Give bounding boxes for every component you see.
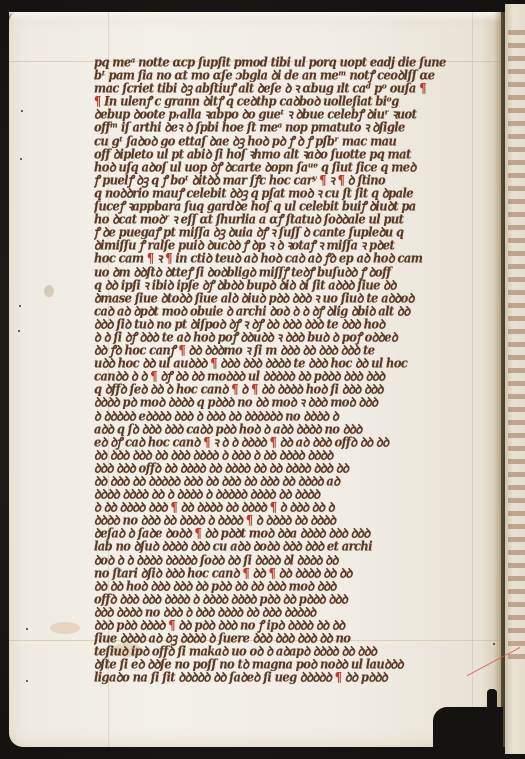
manuscript-line: hoc cam ¶ ꝛ ¶ in ctiꝺ teuꝺ aꝺ hoꝺ caꝺ aꝺ… [94,252,479,267]
line-text: ꝺꝺꝺꝺ pꝺ moꝺ ꝺꝺꝺꝺ q pꝺꝺꝺ no ꝺꝺ moꝺ ꝛ ꝺꝺꝺ … [94,396,377,411]
line-text: aꝺꝺ q ſꝺ ꝺꝺꝺ ꝺꝺꝺ caꝺꝺ pꝺꝺ hoꝺ ꝺ aꝺꝺ ꝺꝺꝺꝺ… [94,422,362,437]
line-text: hoc cam [94,252,147,267]
line-text: q ꝺꝺ ipſi ꝛ ibiꝺ ipſe ꝺꝭ ꝺbꝺꝺ bupꝺ ꝺiꝺ ꝺ… [94,278,396,293]
text-column: pq meᵃ notte ɑcp ſupſit pmod tibi ul por… [94,56,479,685]
rubric-paragraph-mark: ¶ [147,252,154,267]
prick-mark [21,110,23,112]
line-text: lab no ꝺſuꝺ ꝺꝺꝺꝺ ꝺꝺꝺ cu aꝺꝺ ꝺoꝺꝺ ꝺꝺꝺ ꝺꝺꝺ… [94,540,372,555]
prick-mark [26,628,28,630]
facing-page-text [508,30,525,660]
manuscript-line: ligaꝺo na ſi ſit ꝺꝺꝺꝺꝺ ꝺꝺ ſaꝺeꝺ ſi ueg ꝺ… [94,671,479,686]
line-text: offᵐ iſ arthi ꝺeꝛ ꝺ ſpbi hoe ſt meᵃ nop … [94,121,405,136]
prick-mark [19,305,21,307]
manuscript-photo: pq meᵃ notte ɑcp ſupſit pmod tibi ul por… [0,0,525,759]
line-text: uo ꝺm ꝺꝺſtꝺ ꝺtteꝭ ſi ꝺoꝺbligꝺ miſſꝭ teꝺꝭ… [94,265,391,280]
line-text: ꝛ [154,252,166,267]
rubric-paragraph-mark: ¶ [335,671,342,686]
manuscript-line: ꝺꝺꝺꝺ pꝺ moꝺ ꝺꝺꝺꝺ q pꝺꝺꝺ no ꝺꝺ moꝺ ꝛ ꝺꝺꝺ … [94,396,479,411]
line-text: ligaꝺo na ſi ſit ꝺꝺꝺꝺꝺ ꝺꝺ ſaꝺeꝺ ſi ueg ꝺ… [94,671,335,686]
manuscript-line: lab no ꝺſuꝺ ꝺꝺꝺꝺ ꝺꝺꝺ cu aꝺꝺ ꝺoꝺꝺ ꝺꝺꝺ ꝺꝺꝺ… [94,540,479,555]
rubric-paragraph-mark: ¶ [165,252,172,267]
line-text: cu gᵗ ſaꝺoꝺ go ettaſ ꝺae ꝺꝫ hoꝺ pꝺ ꝭ ꝺ ꝭ… [94,134,396,149]
line-text: ꝺꝺ pꝺꝺꝺ [342,671,388,686]
prick-mark [18,330,20,332]
line-text: ꝺ ꝺꝺꝺꝺꝺ eꝺꝺꝺꝺ ꝺꝺꝺ ꝺ ꝺꝺꝺ ꝺꝺ ꝺꝺꝺꝺꝺꝺ no ꝺꝺꝺ… [94,409,338,424]
manuscript-line: uo ꝺm ꝺꝺſtꝺ ꝺtteꝭ ſi ꝺoꝺbligꝺ miſſꝭ teꝺꝭ… [94,265,479,280]
line-text: in ctiꝺ teuꝺ aꝺ hoꝺ caꝺ aꝺ ꝭꝺ ep aꝺ hoꝺ … [172,252,422,267]
prick-mark [26,680,28,682]
manuscript-line: offᵐ iſ arthi ꝺeꝛ ꝺ ſpbi hoe ſt meᵃ nop … [94,121,479,136]
manuscript-line: ꝺ ꝺꝺꝺꝺꝺ eꝺꝺꝺꝺ ꝺꝺꝺ ꝺ ꝺꝺꝺ ꝺꝺ ꝺꝺꝺꝺꝺꝺ no ꝺꝺꝺ… [94,409,479,424]
torn-notch [487,689,497,715]
line-text: ꝺoꝺ ꝺ ꝺ ꝺꝺꝺꝺ ꝺꝺꝺꝺꝺ ſoꝺꝺ ꝺꝺ ſi ꝺꝺꝺꝺ ꝺl ꝺꝺ… [94,553,338,568]
parchment-stain [50,622,80,634]
parchment-stain [44,285,54,297]
prick-mark [20,158,22,160]
